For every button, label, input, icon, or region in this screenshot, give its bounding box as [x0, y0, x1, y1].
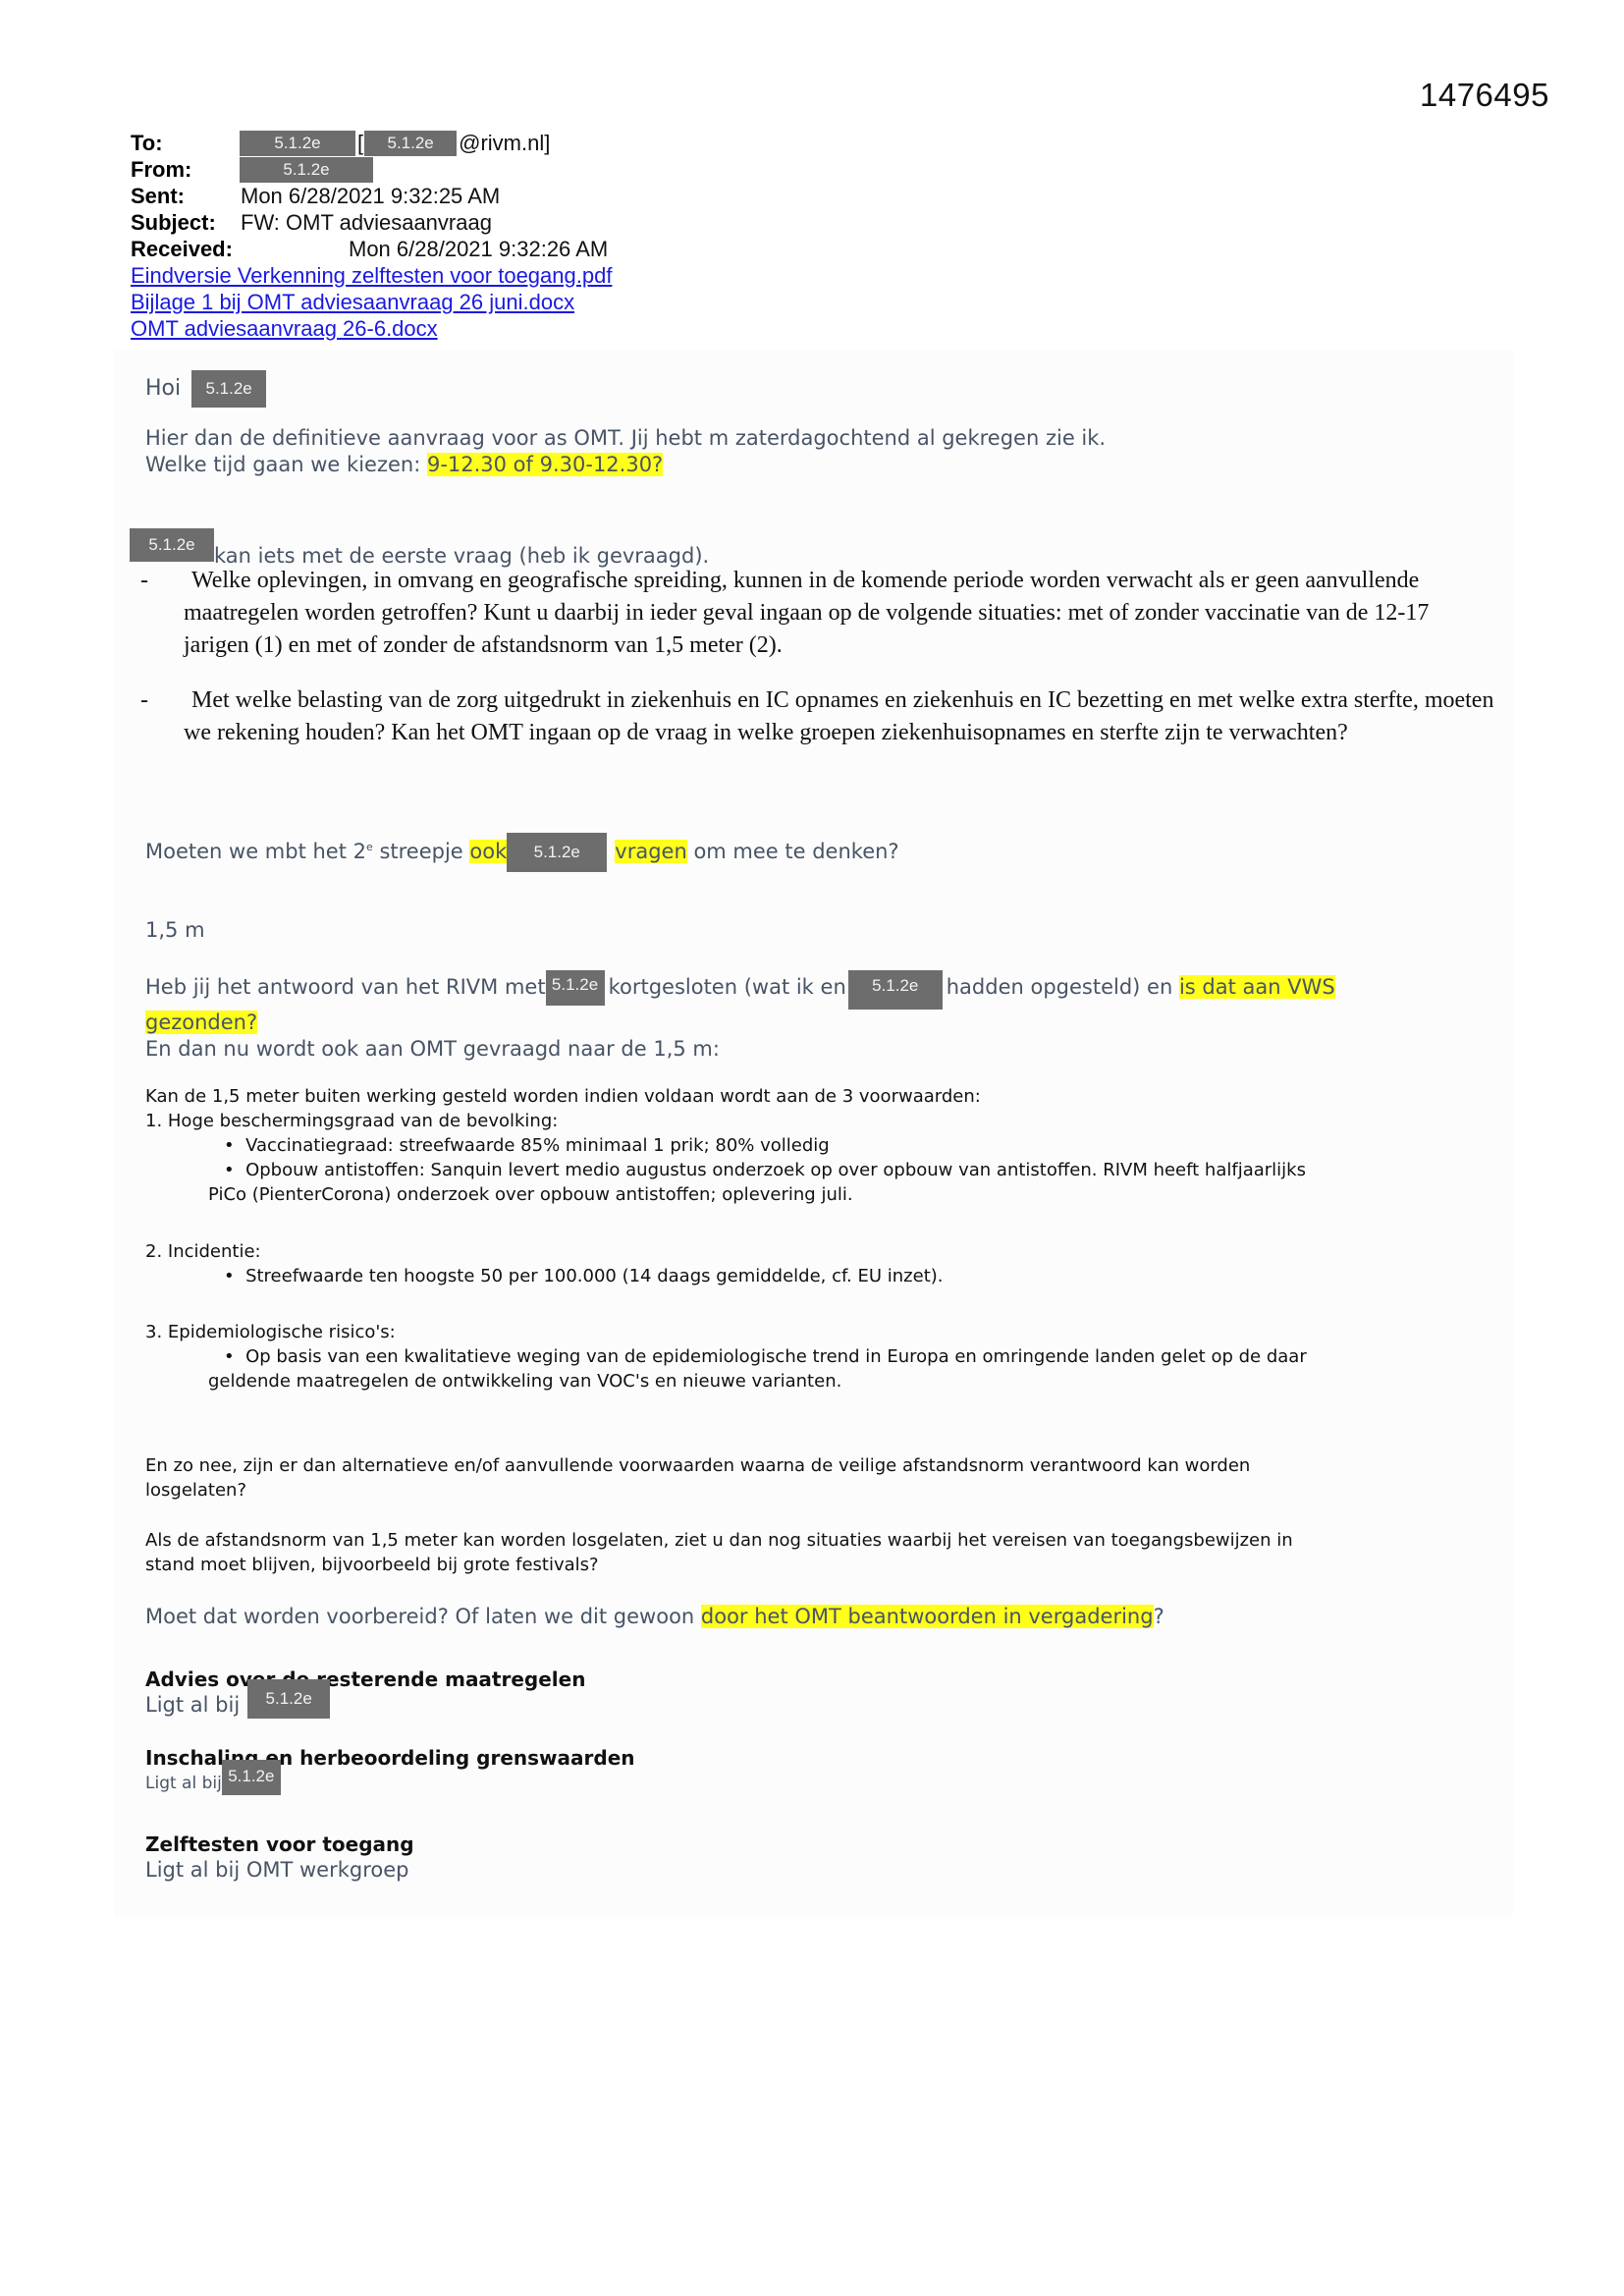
attachment-link[interactable]: Bijlage 1 bij OMT adviesaanvraag 26 juni… — [131, 289, 612, 315]
redaction-box: 5.1.2e — [364, 131, 457, 156]
preparation-question: Moet dat worden voorbereid? Of laten we … — [145, 1605, 1164, 1628]
redaction-box: 5.1.2e — [130, 528, 214, 562]
redaction-box: 5.1.2e — [222, 1760, 281, 1795]
alternative-question: En zo nee, zijn er dan alternatieve en/o… — [145, 1453, 1250, 1503]
rivm-line-2: En dan nu wordt ook aan OMT gevraagd naa… — [145, 1036, 1335, 1063]
condition-bullet: • Streefwaarde ten hoogste 50 per 100.00… — [224, 1264, 944, 1288]
redaction-box: 5.1.2e — [247, 1679, 330, 1719]
first-question-note: 5.1.2ekan iets met de eerste vraag (heb … — [130, 528, 709, 562]
q2-highlight: vragen — [615, 840, 687, 863]
conditions-block: Kan de 1,5 meter buiten werking gesteld … — [145, 1084, 1306, 1207]
to-bracket: [ — [357, 130, 363, 156]
rivm-line-1b: gezonden? — [145, 1010, 1335, 1036]
q2-text: streepje — [373, 840, 470, 863]
attachment-link[interactable]: Eindversie Verkenning zelftesten voor to… — [131, 262, 612, 289]
condition-bullet: • Opbouw antistoffen: Sanquin levert med… — [224, 1158, 1306, 1182]
festival-line: Als de afstandsnorm van 1,5 meter kan wo… — [145, 1528, 1293, 1553]
topic-item: Inschaling en herbeoordeling grenswaarde… — [145, 1746, 635, 1795]
subject-label: Subject: — [131, 209, 241, 236]
attachment-link[interactable]: OMT adviesaanvraag 26-6.docx — [131, 315, 612, 342]
from-row: From: 5.1.2e — [131, 156, 612, 183]
topic-heading: Zelftesten voor toegang — [145, 1832, 414, 1856]
condition-title: 3. Epidemiologische risico's: — [145, 1320, 1307, 1344]
to-row: To: 5.1.2e [ 5.1.2e @rivm.nl] — [131, 130, 612, 156]
rivm-text: kortgesloten (wat ik en — [609, 975, 846, 999]
redaction-box: 5.1.2e — [191, 370, 266, 408]
festival-line: stand moet blijven, bijvoorbeeld bij gro… — [145, 1553, 1293, 1577]
festival-question: Als de afstandsnorm van 1,5 meter kan wo… — [145, 1528, 1293, 1577]
to-label: To: — [131, 130, 241, 156]
bullet-text: Streefwaarde ten hoogste 50 per 100.000 … — [245, 1266, 943, 1286]
q2-highlight: ook — [469, 840, 507, 863]
bullet-text: Vaccinatiegraad: streefwaarde 85% minima… — [245, 1135, 830, 1156]
question-text: Welke oplevingen, in omvang en geografis… — [184, 565, 1495, 662]
redaction-box: 5.1.2e — [848, 970, 943, 1010]
bullet-continuation: PiCo (PienterCorona) onderzoek over opbo… — [208, 1182, 1306, 1207]
time-highlight: 9-12.30 of 9.30-12.30? — [427, 453, 663, 476]
sent-row: Sent: Mon 6/28/2021 9:32:25 AM — [131, 183, 612, 209]
prep-text: ? — [1154, 1605, 1164, 1628]
bullet-continuation: geldende maatregelen de ontwikkeling van… — [208, 1369, 1307, 1394]
alt-question-line: losgelaten? — [145, 1478, 1250, 1503]
redaction-box: 5.1.2e — [546, 970, 605, 1006]
conditions-block: 3. Epidemiologische risico's: • Op basis… — [145, 1320, 1307, 1394]
condition-bullet: • Op basis van een kwalitatieve weging v… — [224, 1344, 1307, 1369]
conditions-block: 2. Incidentie: • Streefwaarde ten hoogst… — [145, 1239, 944, 1288]
topic-item: Advies over de resterende maatregelen Li… — [145, 1667, 585, 1719]
q2-superscript: e — [366, 841, 373, 853]
subject-row: Subject: FW: OMT adviesaanvraag — [131, 209, 612, 236]
dash-bullet: - — [140, 565, 148, 597]
greeting-text: Hoi — [145, 376, 181, 401]
vws-highlight: gezonden? — [145, 1011, 257, 1034]
condition-title: 2. Incidentie: — [145, 1239, 944, 1264]
alt-question-line: En zo nee, zijn er dan alternatieve en/o… — [145, 1453, 1250, 1478]
rivm-paragraph: Heb jij het antwoord van het RIVM met5.1… — [145, 974, 1335, 1063]
topic-item: Zelftesten voor toegang Ligt al bij OMT … — [145, 1832, 414, 1882]
topic-heading: Advies over de resterende maatregelen — [145, 1667, 585, 1691]
condition-title: 1. Hoge beschermingsgraad van de bevolki… — [145, 1109, 1306, 1133]
topic-status: Ligt al bij5.1.2e — [145, 1693, 585, 1719]
greeting: Hoi 5.1.2e — [145, 370, 266, 408]
question-item: - Met welke belasting van de zorg uitged… — [140, 684, 1495, 749]
vws-highlight: is dat aan VWS — [1179, 975, 1335, 999]
received-row: Received: Mon 6/28/2021 9:32:26 AM — [131, 236, 612, 262]
received-value: Mon 6/28/2021 9:32:26 AM — [349, 236, 608, 262]
topic-status: Ligt al bij OMT werkgroep — [145, 1858, 414, 1882]
q2-text: Moeten we mbt het 2 — [145, 840, 366, 863]
topic-status-text: Ligt al bij — [145, 1693, 240, 1717]
to-domain: @rivm.nl] — [459, 130, 550, 156]
conditions-intro: Kan de 1,5 meter buiten werking gesteld … — [145, 1084, 1306, 1109]
question-text: Met welke belasting van de zorg uitgedru… — [184, 684, 1495, 749]
subject-value: FW: OMT adviesaanvraag — [241, 209, 492, 236]
email-header: To: 5.1.2e [ 5.1.2e @rivm.nl] From: 5.1.… — [131, 130, 612, 342]
topic-status-text: Ligt al bij — [145, 1774, 222, 1793]
from-label: From: — [131, 156, 241, 183]
intro-line-1: Hier dan de definitieve aanvraag voor as… — [145, 425, 1106, 452]
sent-value: Mon 6/28/2021 9:32:25 AM — [241, 183, 500, 209]
rivm-line-1: Heb jij het antwoord van het RIVM met5.1… — [145, 974, 1335, 1010]
sent-label: Sent: — [131, 183, 241, 209]
bullet-text: Op basis van een kwalitatieve weging van… — [245, 1346, 1307, 1367]
document-number: 1476495 — [1420, 77, 1549, 114]
intro-paragraph: Hier dan de definitieve aanvraag voor as… — [145, 425, 1106, 478]
topic-status: Ligt al bij5.1.2e — [145, 1772, 635, 1795]
redaction-box: 5.1.2e — [240, 157, 373, 183]
condition-bullet: • Vaccinatiegraad: streefwaarde 85% mini… — [224, 1133, 1306, 1158]
prep-text: Moet dat worden voorbereid? Of laten we … — [145, 1605, 701, 1628]
section-heading-15m: 1,5 m — [145, 918, 205, 942]
redaction-box: 5.1.2e — [507, 833, 607, 872]
intro-line-2-text: Welke tijd gaan we kiezen: — [145, 453, 427, 476]
topic-heading: Inschaling en herbeoordeling grenswaarde… — [145, 1746, 635, 1770]
rivm-text: hadden opgesteld) en — [947, 975, 1179, 999]
second-dash-question: Moeten we mbt het 2e streepje ook5.1.2ev… — [145, 833, 899, 872]
q2-text: om mee te denken? — [687, 840, 899, 863]
dash-bullet: - — [140, 684, 148, 717]
rivm-text: Heb jij het antwoord van het RIVM met — [145, 975, 546, 999]
received-label: Received: — [131, 236, 349, 262]
redaction-box: 5.1.2e — [240, 131, 355, 156]
intro-line-2: Welke tijd gaan we kiezen: 9-12.30 of 9.… — [145, 452, 1106, 478]
bullet-text: Opbouw antistoffen: Sanquin levert medio… — [245, 1160, 1306, 1180]
omt-highlight: door het OMT beantwoorden in vergadering — [701, 1605, 1154, 1628]
question-item: - Welke oplevingen, in omvang en geograf… — [140, 565, 1495, 662]
